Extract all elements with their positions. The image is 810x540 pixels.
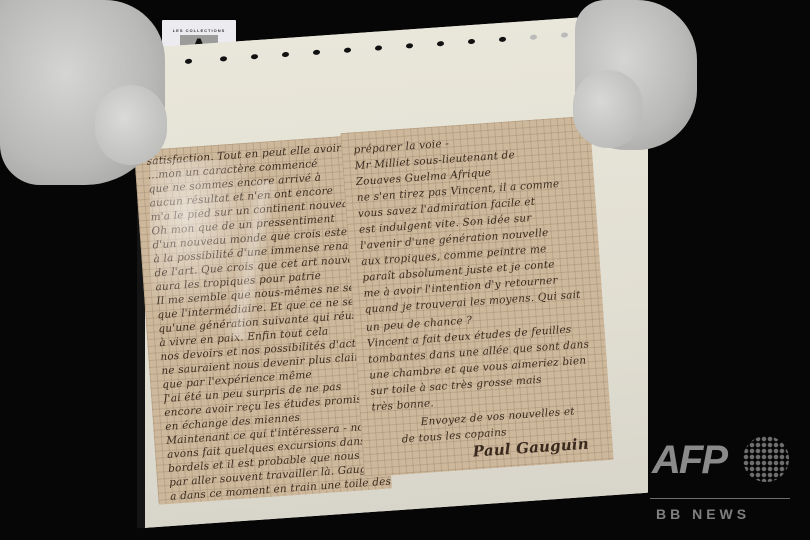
right-gloved-hand — [575, 0, 697, 150]
afp-watermark: AFP BB NEWS — [648, 430, 798, 530]
right-thumb — [573, 70, 643, 148]
letter-page-right: préparer la voie - Mr Milliet sous-lieut… — [340, 116, 613, 478]
bb-news-label: BB NEWS — [656, 506, 750, 522]
globe-icon — [743, 436, 789, 482]
left-thumb — [95, 85, 167, 165]
handwriting-line: très bonne. — [371, 397, 434, 415]
left-gloved-hand — [0, 0, 165, 185]
divider — [650, 498, 790, 499]
afp-logo-text: AFP — [652, 438, 726, 483]
photo-scene: LES COLLECTIONS A ARISTOPHIL Prix / Esti… — [0, 0, 810, 540]
